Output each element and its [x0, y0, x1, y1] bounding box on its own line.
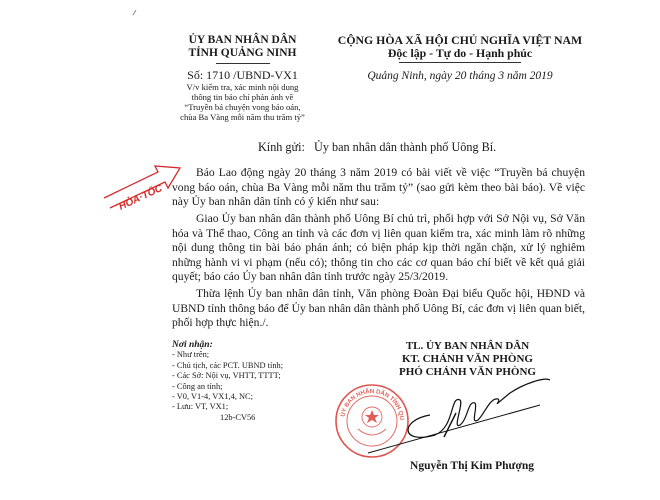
recipient-item: - Chủ tịch, các PCT. UBND tỉnh;: [172, 361, 342, 371]
recipient-item: - Lưu: VT, VX1;: [172, 402, 342, 412]
subject-line: “Truyền bá chuyện vong báo oán,: [140, 102, 345, 112]
signature-line-2: KT. CHÁNH VĂN PHÒNG: [365, 353, 570, 366]
document-number: Số: 1710 /UBND-VX1: [140, 68, 345, 82]
recipient-item: - Như trên;: [172, 350, 342, 360]
paragraph-text: Thừa lệnh Ủy ban nhân dân tỉnh, Văn phòn…: [172, 287, 585, 329]
recipients-list: Nơi nhận: - Như trên; - Chủ tịch, các PC…: [172, 340, 342, 423]
subject-line: chùa Ba Vàng mỗi năm thu trăm tỷ”: [140, 112, 345, 122]
subject-line: thông tin báo chí phản ánh về: [140, 92, 345, 102]
recipient-item: - Các Sở: Nội vụ, VHTT, TTTT;: [172, 371, 342, 381]
addressee: Kính gửi: Ủy ban nhân dân thành phố Uông…: [258, 140, 496, 155]
recipients-title: Nơi nhận:: [172, 340, 342, 350]
scan-mark: [132, 3, 138, 21]
place-date: Quảng Ninh, ngày 20 tháng 3 năm 2019: [325, 70, 595, 82]
document-code: 12b-CV56: [172, 413, 342, 423]
recipient-item: - Công an tỉnh;: [172, 382, 342, 392]
recipient-item: - V0, V1-4, VX1,4, NC;: [172, 392, 342, 402]
signature-block: TL. ỦY BAN NHÂN DÂN KT. CHÁNH VĂN PHÒNG …: [365, 340, 570, 379]
divider: [216, 63, 270, 64]
subject-line: V/v kiểm tra, xác minh nội dung: [140, 82, 345, 92]
issuer-org-line1: ỦY BAN NHÂN DÂN: [140, 34, 345, 47]
national-motto: Độc lập - Tự do - Hạnh phúc: [325, 47, 595, 60]
signer-name: Nguyễn Thị Kim Phượng: [372, 460, 572, 472]
paragraph-text: Giao Ủy ban nhân dân thành phố Uông Bí c…: [172, 212, 585, 283]
issuer-org-line2: TỈNH QUẢNG NINH: [140, 47, 345, 60]
body-paragraph-2: Giao Ủy ban nhân dân thành phố Uông Bí c…: [172, 212, 585, 285]
body-paragraph-1: Báo Lao động ngày 20 tháng 3 năm 2019 có…: [172, 166, 585, 210]
divider: [399, 62, 521, 63]
signature-icon: [360, 375, 560, 455]
handwritten-signature: [360, 375, 560, 460]
body-paragraph-3: Thừa lệnh Ủy ban nhân dân tỉnh, Văn phòn…: [172, 287, 585, 331]
urgent-stamp-text: HỎA·TỐC: [116, 181, 164, 210]
paragraph-text: Báo Lao động ngày 20 tháng 3 năm 2019 có…: [172, 166, 585, 208]
signature-line-1: TL. ỦY BAN NHÂN DÂN: [365, 340, 570, 353]
national-header: CỘNG HÒA XÃ HỘI CHỦ NGHĨA VIỆT NAM Độc l…: [325, 34, 595, 82]
issuer-header: ỦY BAN NHÂN DÂN TỈNH QUẢNG NINH Số: 1710…: [140, 34, 345, 122]
